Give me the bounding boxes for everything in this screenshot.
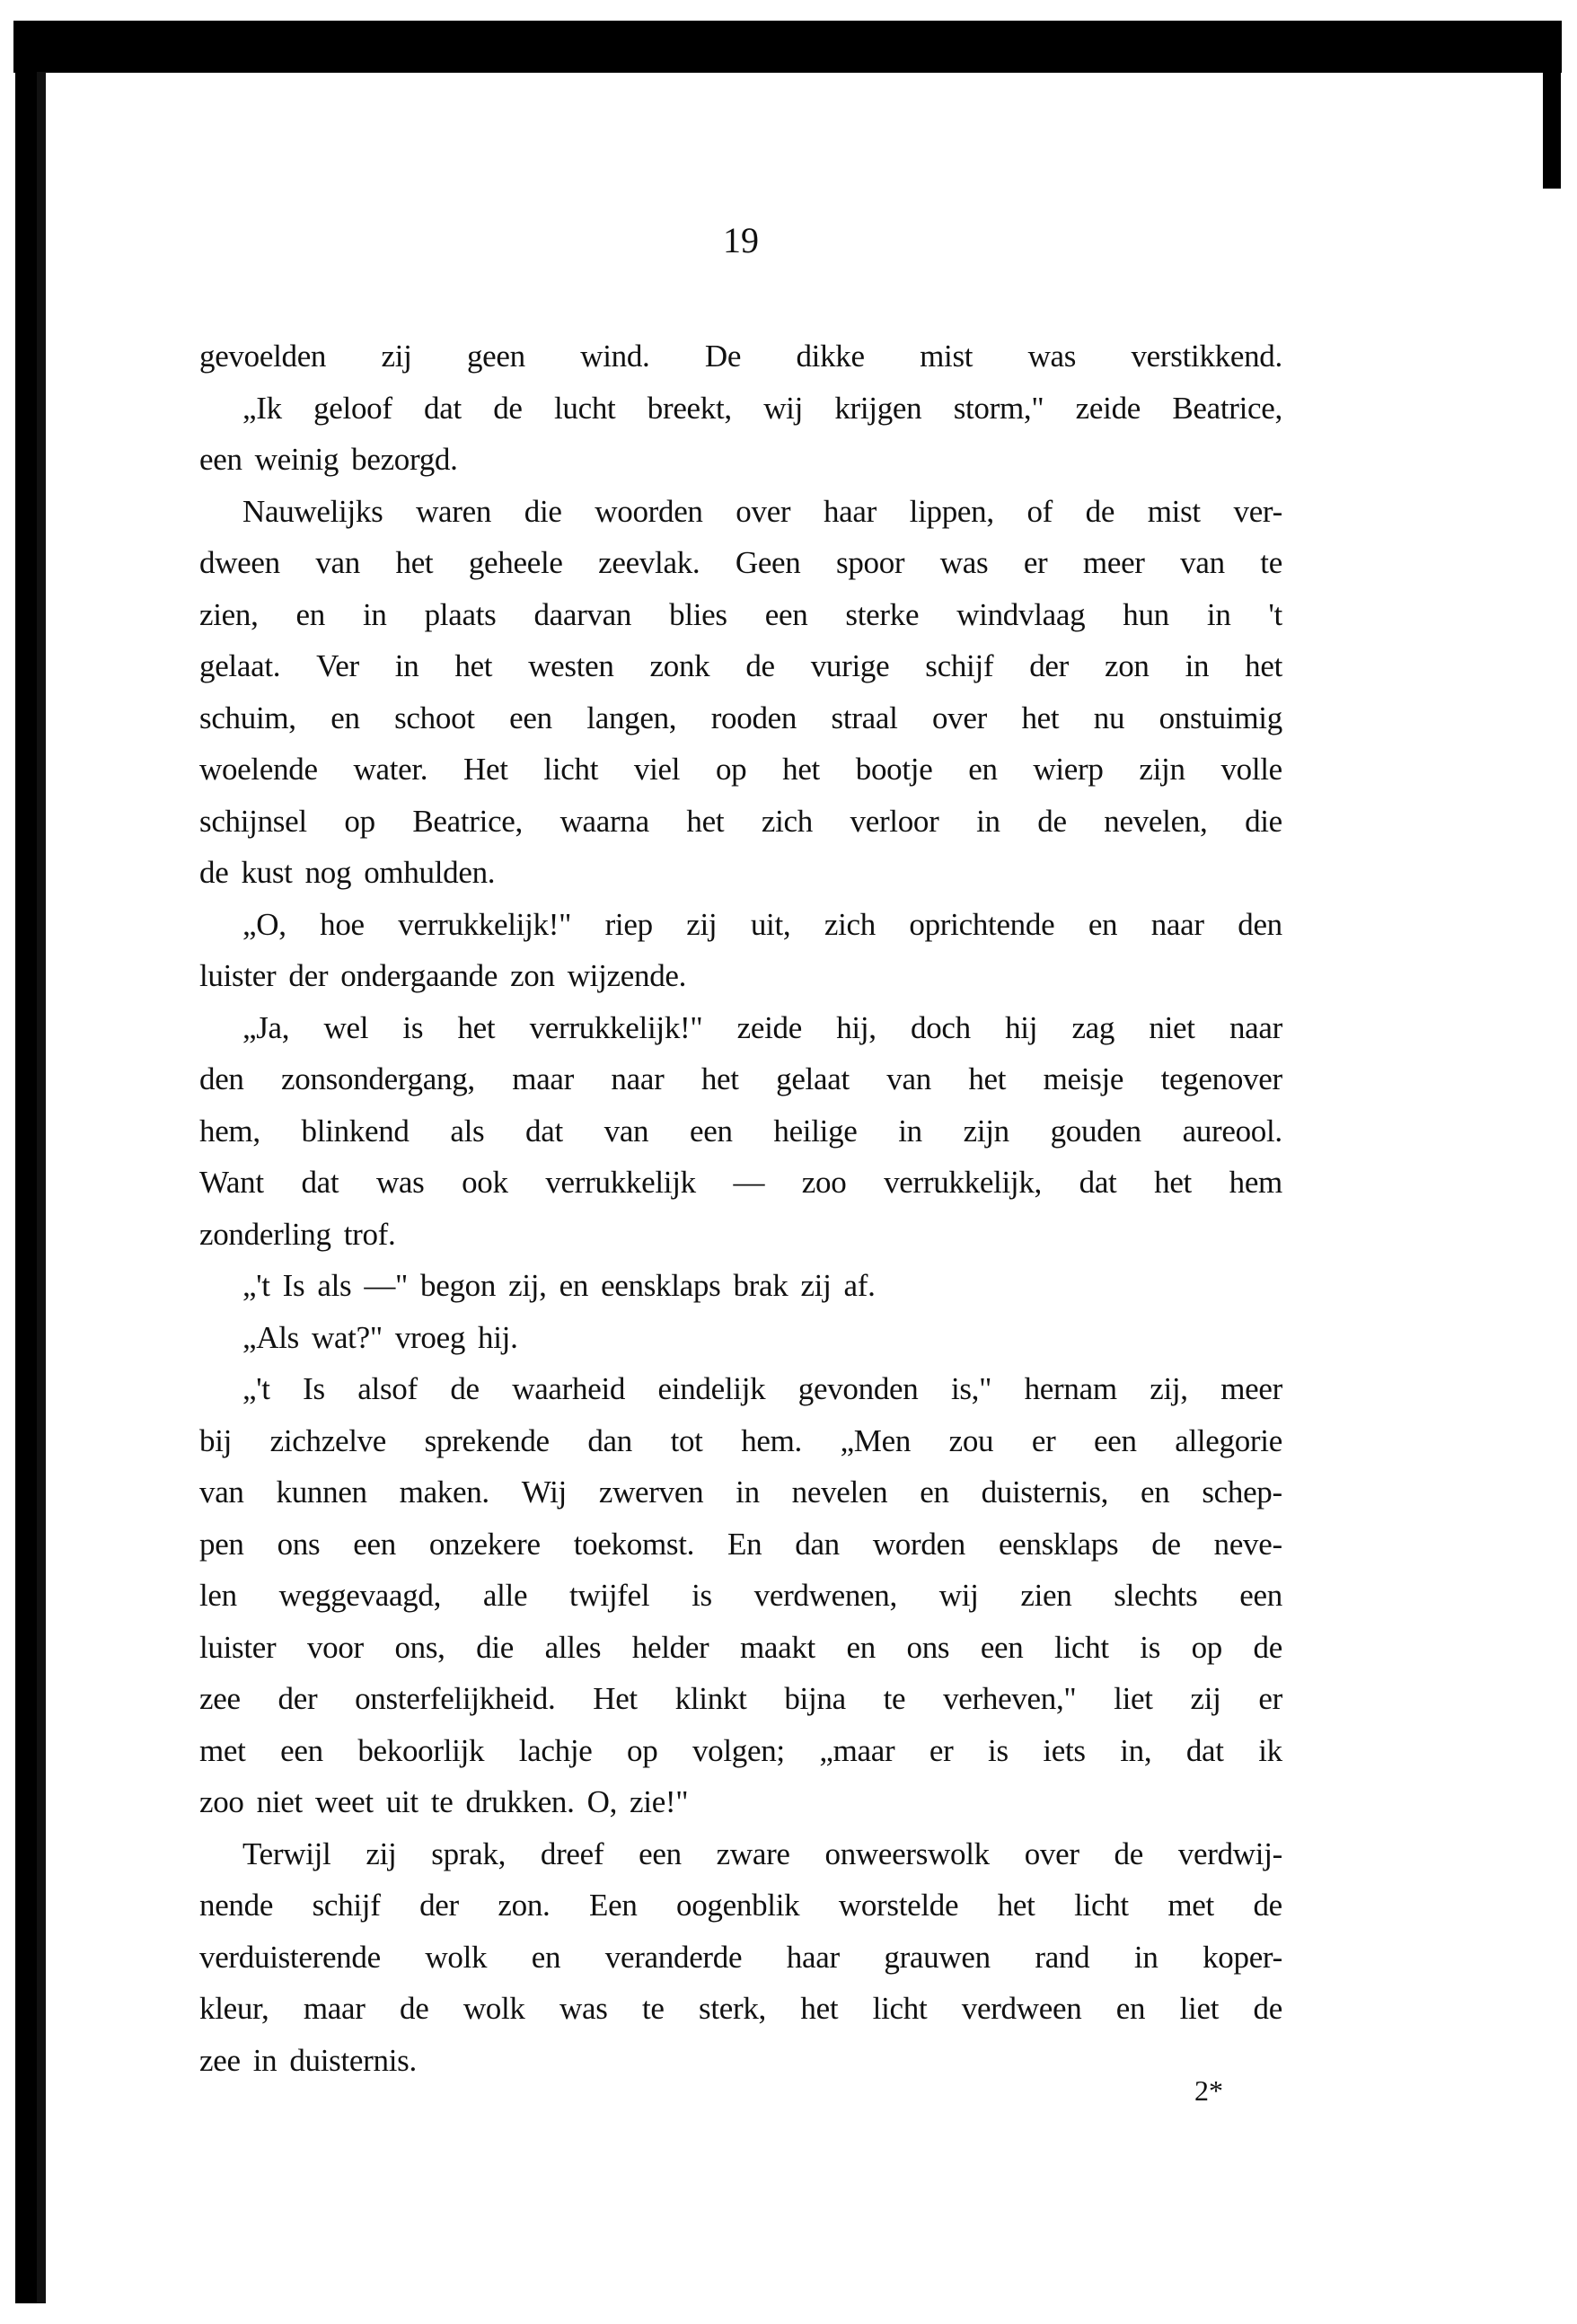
text-line: woelendewater.Hetlichtvielophetbootjeenw… [199,744,1282,796]
text-line: meteenbekoorlijklachjeopvolgen;„maareris… [199,1725,1282,1777]
text-line: gelaat.Verinhetwestenzonkdevurigeschijfd… [199,640,1282,692]
text-line: schijnselopBeatrice,waarnahetzichverloor… [199,796,1282,848]
text-line: hem,blinkendalsdatvaneenheiligeinzijngou… [199,1105,1282,1158]
page-number: 19 [199,216,1282,266]
scan-border-left [15,72,37,2303]
text-line: „Alswat?"vroeghij. [199,1312,1282,1364]
text-line: dweenvanhetgeheelezeevlak.Geenspoorwaser… [199,537,1282,589]
text-line: gevoeldenzijgeenwind.Dedikkemistwasverst… [199,330,1282,383]
scan-border-top [13,21,1562,73]
text-line: bijzichzelvesprekendedantothem.„Menzouer… [199,1415,1282,1467]
book-page: 19 gevoeldenzijgeenwind.Dedikkemistwasve… [199,216,1282,2086]
text-line: nendeschijfderzon.Eenoogenblikworsteldeh… [199,1879,1282,1932]
text-line: schuim,enschooteenlangen,roodenstraalove… [199,692,1282,744]
scan-border-corner [1543,54,1561,189]
signature-mark: 2* [1194,2074,1223,2108]
text-line: dekustnogomhulden. [199,847,1282,899]
text-line: denzonsondergang,maarnaarhetgelaatvanhet… [199,1053,1282,1105]
text-line: kleur,maardewolkwastesterk,hetlichtverdw… [199,1983,1282,2035]
text-line: „Ikgeloofdatdeluchtbreekt,wijkrijgenstor… [199,383,1282,435]
text-line: verduisterendewolkenveranderdehaargrauwe… [199,1932,1282,1984]
text-line: zeeinduisternis. [199,2035,1282,2087]
text-line: penonseenonzekeretoekomst.Endanwordeneen… [199,1519,1282,1571]
text-line: „Ja,welishetverrukkelijk!"zeidehij,dochh… [199,1002,1282,1054]
text-line: zien,eninplaatsdaarvanblieseensterkewind… [199,589,1282,641]
text-line: Wantdatwasookverrukkelijk—zooverrukkelij… [199,1157,1282,1209]
text-line: Nauwelijkswarendiewoordenoverhaarlippen,… [199,486,1282,538]
text-line: eenweinigbezorgd. [199,434,1282,486]
text-line: luisterderondergaandezonwijzende. [199,950,1282,1002]
text-line: „'tIsalsofdewaarheideindelijkgevondenis,… [199,1363,1282,1415]
text-line: luistervoorons,dieallesheldermaaktenonse… [199,1622,1282,1674]
page-body-text: gevoeldenzijgeenwind.Dedikkemistwasverst… [199,330,1282,2086]
text-line: lenweggevaagd,alletwijfelisverdwenen,wij… [199,1570,1282,1622]
text-line: zeederonsterfelijkheid.Hetklinktbijnatev… [199,1673,1282,1725]
text-line: vankunnenmaken.Wijzwerveninnevelenenduis… [199,1466,1282,1519]
text-line: „O,hoeverrukkelijk!"riepzijuit,zichopric… [199,899,1282,951]
text-line: zonderlingtrof. [199,1209,1282,1261]
text-line: „'tIsals—"begonzij,eneensklapsbrakzijaf. [199,1260,1282,1312]
text-line: Terwijlzijsprak,dreefeenzwareonweerswolk… [199,1828,1282,1880]
text-line: zoonietweetuittedrukken.O,zie!" [199,1776,1282,1828]
